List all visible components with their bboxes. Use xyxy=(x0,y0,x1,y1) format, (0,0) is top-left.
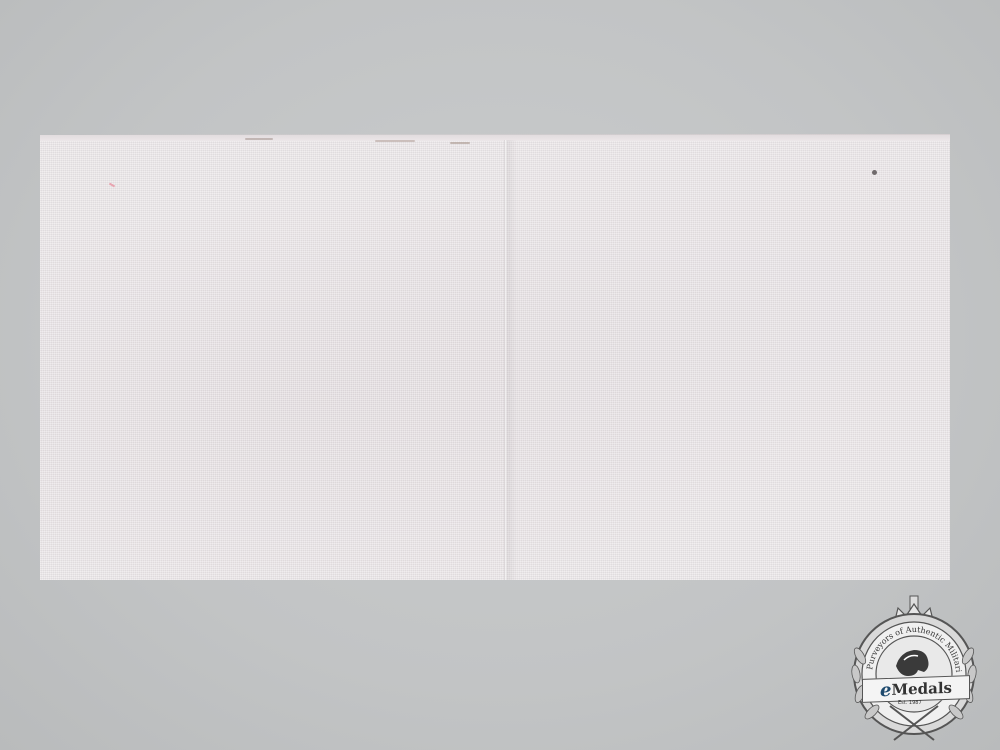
edge-stain xyxy=(245,138,273,140)
seam-shadow xyxy=(507,140,517,580)
brand-prefix: e xyxy=(880,679,891,700)
cloth-armband xyxy=(40,134,950,580)
crest-icon: Purveyors of Authentic Militaria xyxy=(838,594,990,746)
established-text: Est. 1987 xyxy=(898,700,922,706)
edge-stain xyxy=(450,142,470,144)
emedals-brand-banner: eMedals xyxy=(862,675,970,703)
fabric-spot xyxy=(872,170,877,175)
thread-mark xyxy=(109,183,115,188)
center-seam xyxy=(504,140,507,580)
brand-name: Medals xyxy=(891,679,952,699)
edge-stain xyxy=(375,140,415,142)
emedals-watermark-logo: Purveyors of Authentic Militaria eMedals… xyxy=(838,594,990,746)
armband-top-fold xyxy=(40,134,950,141)
